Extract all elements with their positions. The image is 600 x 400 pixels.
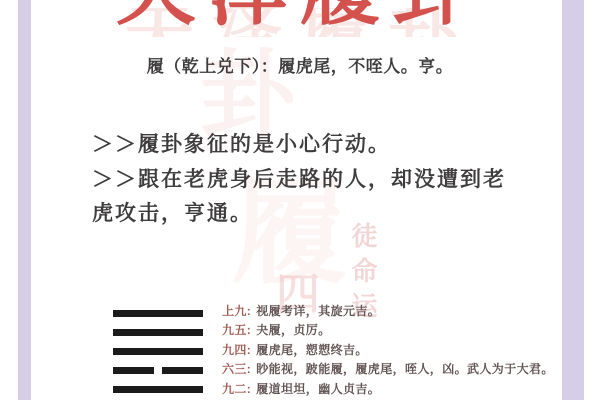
- yao-row-text: 视履考详，其旋元吉。: [256, 304, 380, 318]
- yao-row-text: 眇能视，跛能履，履虎尾，咥人，凶。武人为于大君。: [256, 362, 554, 376]
- hexagram-line-solid: [113, 386, 203, 393]
- hexagram-line-solid: [113, 348, 203, 355]
- yao-row: 九四:履虎尾，愬愬终吉。: [222, 341, 572, 360]
- yao-list: 上九:视履考详，其旋元吉。九五:夬履，贞厉。九四:履虎尾，愬愬终吉。六三:眇能视…: [222, 302, 572, 399]
- yao-row-label: 九五:: [222, 323, 251, 337]
- yao-row: 九二:履道坦坦，幽人贞吉。: [222, 380, 572, 399]
- hexagram-judgment-text: 履（乾上兑下）：履虎尾，不咥人。亨。: [0, 52, 600, 77]
- hexagram-line-broken: [113, 367, 203, 374]
- yao-row-label: 六三:: [222, 362, 251, 376]
- yao-row-text: 夬履，贞厉。: [256, 323, 330, 337]
- yao-row-label: 上九:: [222, 304, 251, 318]
- title-calligraphy-clipped: 天泽履卦: [0, 0, 600, 37]
- summary-line-3: 虎攻击，亨通。: [92, 197, 522, 232]
- yao-row-label: 九四:: [222, 343, 251, 357]
- page: 天泽履卦 天泽履卦 卦 履 四 徒命运 履（乾上兑下）：履虎尾，不咥人。亨。 ＞…: [0, 0, 600, 400]
- yao-row-label: 九二:: [222, 382, 251, 396]
- title-calligraphy-shadow: 天泽履卦: [0, 8, 600, 37]
- hexagram-line-solid: [113, 310, 203, 317]
- summary-paragraph: ＞＞履卦象征的是小心行动。 ＞＞跟在老虎身后走路的人，却没遭到老 虎攻击，亨通。: [92, 128, 522, 232]
- yao-row-text: 履虎尾，愬愬终吉。: [256, 343, 368, 357]
- yao-row: 上九:视履考详，其旋元吉。: [222, 302, 572, 321]
- hexagram-diagram: [113, 310, 203, 400]
- hexagram-line-solid: [113, 329, 203, 336]
- yao-row: 六三:眇能视，跛能履，履虎尾，咥人，凶。武人为于大君。: [222, 360, 572, 379]
- yao-row-text: 履道坦坦，幽人贞吉。: [256, 382, 380, 396]
- summary-line-1: ＞＞履卦象征的是小心行动。: [92, 128, 522, 163]
- title-calligraphy-text: 天泽履卦: [116, 0, 484, 34]
- summary-line-2: ＞＞跟在老虎身后走路的人，却没遭到老: [92, 163, 522, 198]
- yao-row: 九五:夬履，贞厉。: [222, 321, 572, 340]
- hexagram-broken-segment: [113, 367, 154, 374]
- hexagram-broken-segment: [162, 367, 203, 374]
